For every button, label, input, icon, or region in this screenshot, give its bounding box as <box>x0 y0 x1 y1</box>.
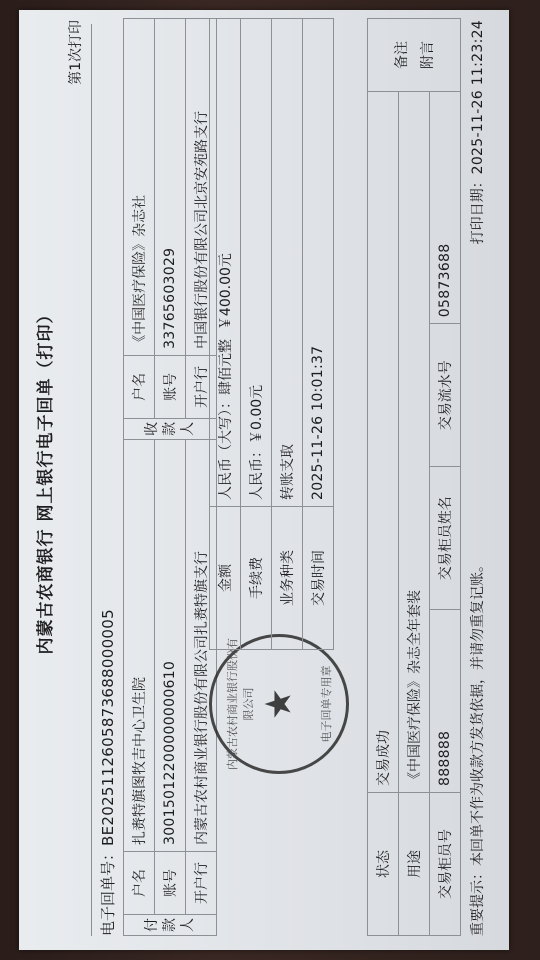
payee-account-label: 账号 <box>155 355 186 418</box>
status-label: 状态 <box>368 793 399 936</box>
amount-table: 金额 人民币（大写）：肆佰元整 ￥400.00元 手续费 人民币：￥0.00元 … <box>209 18 334 650</box>
print-date: 打印日期：2025-11-26 11:23:24 <box>467 20 487 244</box>
payee-name: 《中国医疗保险》杂志社 <box>124 19 155 356</box>
payee-side-label: 收款人 <box>124 418 217 439</box>
stamp-bottom-text: 电子回单专用章 <box>318 637 334 771</box>
star-icon: ★ <box>259 688 300 720</box>
payee-account: 33765603029 <box>155 19 186 356</box>
serial-value: 05873688 <box>430 92 461 324</box>
payer-name: 扎赉特旗图牧吉中心卫生院 <box>124 439 155 851</box>
txn-time-value: 2025-11-26 10:01:37 <box>303 19 334 507</box>
receipt-title: 内蒙古农商银行 网上银行电子回单（打印） <box>31 10 56 950</box>
payer-name-label: 户名 <box>124 852 155 915</box>
stamp-top-text: 内蒙古农村商业银行股份有限公司 <box>224 637 256 771</box>
teller-no-label: 交易柜员号 <box>430 793 461 936</box>
teller-name-label: 交易柜员姓名 <box>430 467 461 610</box>
teller-no-value: 888888 <box>430 610 461 793</box>
payer-account-label: 账号 <box>155 852 186 915</box>
print-date-value: 2025-11-26 11:23:24 <box>470 20 486 174</box>
biz-type-label: 业务种类 <box>272 507 303 650</box>
print-date-label: 打印日期： <box>470 174 486 244</box>
status-value: 交易成功 <box>368 92 399 793</box>
payer-account: 30015012200000000610 <box>155 439 186 851</box>
payee-name-label: 户名 <box>124 355 155 418</box>
biz-type-value: 转账支取 <box>272 19 303 507</box>
attach-label: 附言 <box>417 25 437 85</box>
divider <box>91 24 92 936</box>
remark-cell: 备注 附言 <box>368 19 461 92</box>
receipt-number-label: 电子回单号： <box>99 846 117 936</box>
payer-side-label: 付款人 <box>124 915 217 936</box>
purpose-value: 《中国医疗保险》杂志全年套装 <box>399 92 430 793</box>
parties-table: 付款人 户名 扎赉特旗图牧吉中心卫生院 收款人 户名 《中国医疗保险》杂志社 账… <box>123 18 217 936</box>
important-notice: 重要提示：本回单不作为收款方发货依据，并请勿重复记账。 <box>467 558 487 936</box>
receipt-paper: 内蒙古农商银行 网上银行电子回单（打印） 第1次打印 电子回单号：BE20251… <box>19 10 509 950</box>
amount-label: 金额 <box>210 507 241 650</box>
txn-time-label: 交易时间 <box>303 507 334 650</box>
receipt-number: 电子回单号：BE2025112605873688000005 <box>97 609 118 936</box>
info-table: 状态 交易成功 备注 附言 用途 《中国医疗保险》杂志全年套装 交易柜员号 88… <box>367 18 461 936</box>
fee-value: 人民币：￥0.00元 <box>241 19 272 507</box>
payer-bank-label: 开户行 <box>186 852 217 915</box>
fee-label: 手续费 <box>241 507 272 650</box>
bank-seal-stamp: 内蒙古农村商业银行股份有限公司 ★ 电子回单专用章 <box>209 634 349 774</box>
remark-label: 备注 <box>391 25 411 85</box>
purpose-label: 用途 <box>399 793 430 936</box>
print-count: 第1次打印 <box>65 20 85 85</box>
serial-label: 交易流水号 <box>430 324 461 467</box>
amount-value: 人民币（大写）：肆佰元整 ￥400.00元 <box>210 19 241 507</box>
receipt-number-value: BE2025112605873688000005 <box>99 609 117 846</box>
